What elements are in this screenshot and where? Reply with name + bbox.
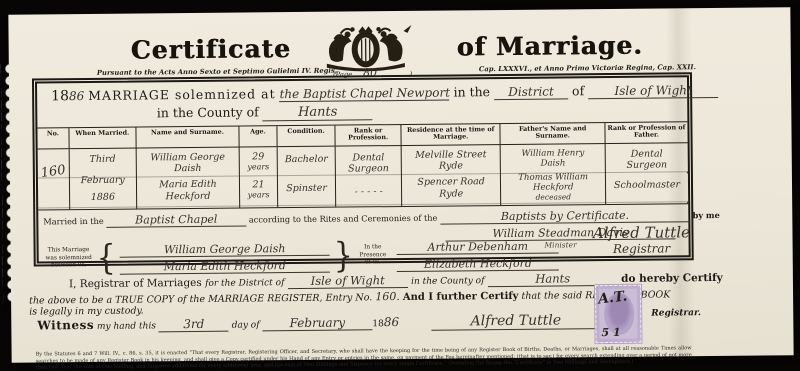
groom-signature: William George Daish [120, 242, 330, 258]
district-name-value: Isle of Wight [588, 83, 718, 99]
cert-district-value: Isle of Wight [288, 273, 408, 289]
year-handwritten: 86 [69, 89, 84, 103]
col-header-no: No. [37, 128, 69, 148]
marriage-solemnized-text: MARRIAGE solemnized at [88, 86, 276, 103]
col-header-when-married: When Married. [69, 128, 136, 149]
registrar-signature-block: Alfred Tuttle Registrar [576, 223, 706, 256]
col-header-age: Age. [240, 126, 278, 146]
spouse-signatures: William George Daish Maria Edith Heckfor… [116, 239, 334, 278]
cell-residences: Melville Street Ryde Spencer Road Ryde [402, 145, 502, 206]
year-printed: 18 [51, 88, 69, 104]
registrar-signature: Alfred Tuttle [576, 223, 706, 242]
day-value: 3rd [159, 317, 229, 333]
brace-left: { [96, 238, 115, 280]
registrar-witness-signature: Alfred Tuttle [431, 312, 601, 331]
cell-entry-no: 160 [38, 149, 70, 209]
opening-line: 1886 MARRIAGE solemnized at the Baptist … [51, 82, 685, 104]
stamp-number-ink: 5 1 [601, 326, 620, 339]
cell-conditions: Bachelor Spinster [277, 147, 336, 208]
certificate-paper: Certificate of Marriage. Pursuant to the… [8, 7, 793, 362]
col-header-condition: Condition. [277, 126, 336, 147]
table-row: 160 Third February 1886 William George D… [38, 143, 689, 209]
county-value: Hants [263, 104, 373, 121]
bride-signature: Maria Edith Heckford [120, 259, 330, 275]
year-value: 86 [384, 315, 399, 329]
certificate-title-right: of Marriage. [457, 31, 643, 62]
col-header-father-profession: Rank or Profession of Father. [605, 122, 687, 143]
registrar-title: Registrar [577, 241, 707, 256]
county-line: in the County of Hants [37, 102, 492, 123]
month-value: February [262, 315, 372, 331]
witness-signatures: Arthur Debenham Elizabeth Heckford [393, 236, 563, 275]
col-header-name: Name and Surname. [136, 127, 240, 148]
stamp-initials-ink: A.T. [597, 288, 628, 307]
entry-no-value: 160. [375, 290, 400, 303]
col-header-father-name: Father's Name and Surname. [501, 123, 606, 144]
brace-right: } [334, 236, 353, 278]
witness2-signature: Elizabeth Heckford [397, 256, 559, 272]
cell-fathers-professions: Dental Surgeon Schoolmaster [606, 143, 688, 204]
witness1-signature: Arthur Debenham [397, 239, 559, 255]
attestation-label: This Marriage was solemnized between us, [41, 241, 97, 270]
col-header-profession: Rank or Profession. [336, 125, 402, 146]
registrar-printed-label: Registrar. [651, 308, 701, 318]
cell-ages: 29 years 21 years [240, 147, 278, 207]
presence-label: In the Presence of us, [353, 238, 393, 267]
revenue-stamp: A.T. 5 1 [595, 285, 642, 343]
cell-names: William George Daish Maria Edith Heckfor… [136, 148, 240, 209]
statute-fine-print: By the Statutes 6 and 7 Will. IV., c. 86… [36, 345, 692, 371]
certificate-title-left: Certificate [131, 34, 291, 65]
district-word-value: District [494, 84, 568, 100]
cell-fathers-names: William Henry Daish Thomas William Heckf… [501, 144, 606, 205]
col-header-residence: Residence at the time of Marriage. [401, 124, 501, 145]
register-table: No. When Married. Name and Surname. Age.… [37, 121, 688, 210]
cell-when-married: Third February 1886 [69, 149, 137, 210]
by-me-text: by me [693, 210, 720, 220]
place-of-marriage-value: the Baptist Chapel Newport [280, 86, 450, 103]
deckle-edge [1, 63, 12, 303]
cell-professions: Dental Surgeon - - - - - [336, 146, 402, 207]
register-box: 1886 MARRIAGE solemnized at the Baptist … [32, 72, 694, 266]
rites-place-value: Baptist Chapel [106, 212, 246, 227]
